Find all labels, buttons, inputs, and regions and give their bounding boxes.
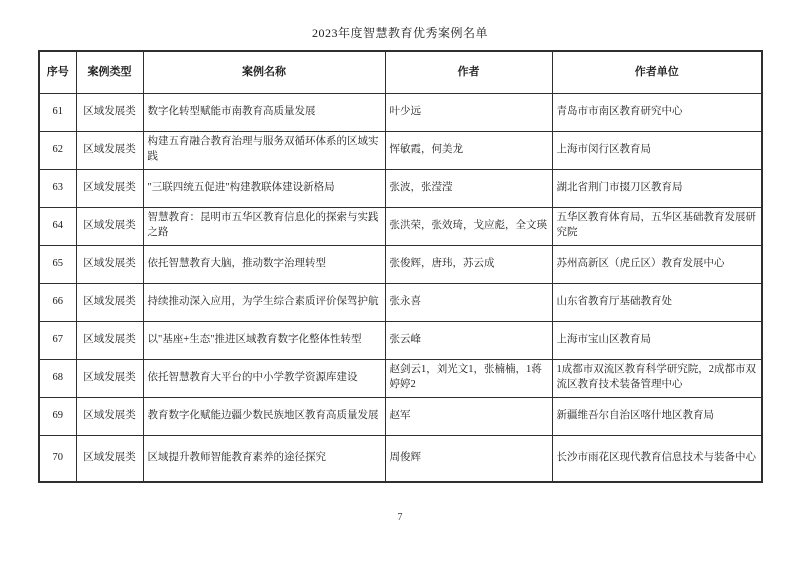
authors-cell: 张俊辉，唐玮，苏云成 xyxy=(385,245,552,283)
authors-cell: 恽敏霞，何美龙 xyxy=(385,131,552,169)
header-author-org: 作者单位 xyxy=(552,51,762,93)
case-name-cell: 区域提升教师智能教育素养的途径探究 xyxy=(143,435,385,482)
serial-number-cell: 66 xyxy=(39,283,76,321)
case-type-cell: 区域发展类 xyxy=(76,321,143,359)
case-type-cell: 区域发展类 xyxy=(76,435,143,482)
case-name-cell: 以"基座+生态"推进区域教育数字化整体性转型 xyxy=(143,321,385,359)
authors-cell: 张洪荣，张效琦，戈应彪，全文瑛 xyxy=(385,207,552,245)
author-org-cell: 湖北省荆门市掇刀区教育局 xyxy=(552,169,762,207)
table-row: 68 区域发展类 依托智慧教育大平台的中小学教学资源库建设 赵剑云1，刘光文1，… xyxy=(39,359,762,397)
case-name-cell: "三联四统五促进"构建教联体建设新格局 xyxy=(143,169,385,207)
serial-number-cell: 61 xyxy=(39,93,76,131)
document-page: 2023年度智慧教育优秀案例名单 序号 案例类型 案例名称 作者 作者单位 61… xyxy=(0,0,800,565)
author-org-cell: 青岛市市南区教育研究中心 xyxy=(552,93,762,131)
page-number: 7 xyxy=(0,512,800,523)
table-row: 65 区域发展类 依托智慧教育大脑，推动数字治理转型 张俊辉，唐玮，苏云成 苏州… xyxy=(39,245,762,283)
serial-number-cell: 63 xyxy=(39,169,76,207)
table-row: 61 区域发展类 数字化转型赋能市南教育高质量发展 叶少远 青岛市市南区教育研究… xyxy=(39,93,762,131)
authors-cell: 叶少远 xyxy=(385,93,552,131)
author-org-cell: 上海市宝山区教育局 xyxy=(552,321,762,359)
case-type-cell: 区域发展类 xyxy=(76,207,143,245)
case-type-cell: 区域发展类 xyxy=(76,283,143,321)
table-row: 63 区域发展类 "三联四统五促进"构建教联体建设新格局 张波，张滢滢 湖北省荆… xyxy=(39,169,762,207)
authors-cell: 张云峰 xyxy=(385,321,552,359)
table-row: 67 区域发展类 以"基座+生态"推进区域教育数字化整体性转型 张云峰 上海市宝… xyxy=(39,321,762,359)
author-org-cell: 长沙市雨花区现代教育信息技术与装备中心 xyxy=(552,435,762,482)
authors-cell: 赵剑云1，刘光文1，张楠楠，1蒋婷婷2 xyxy=(385,359,552,397)
author-org-cell: 上海市闵行区教育局 xyxy=(552,131,762,169)
author-org-cell: 五华区教育体育局，五华区基础教育发展研究院 xyxy=(552,207,762,245)
table-row: 66 区域发展类 持续推动深入应用，为学生综合素质评价保驾护航 张永喜 山东省教… xyxy=(39,283,762,321)
author-org-cell: 山东省教育厅基础教育处 xyxy=(552,283,762,321)
author-org-cell: 1成都市双流区教育科学研究院，2成都市双流区教育技术装备管理中心 xyxy=(552,359,762,397)
header-case-type: 案例类型 xyxy=(76,51,143,93)
serial-number-cell: 62 xyxy=(39,131,76,169)
case-type-cell: 区域发展类 xyxy=(76,169,143,207)
serial-number-cell: 68 xyxy=(39,359,76,397)
serial-number-cell: 70 xyxy=(39,435,76,482)
case-type-cell: 区域发展类 xyxy=(76,93,143,131)
case-name-cell: 持续推动深入应用，为学生综合素质评价保驾护航 xyxy=(143,283,385,321)
serial-number-cell: 67 xyxy=(39,321,76,359)
case-type-cell: 区域发展类 xyxy=(76,359,143,397)
authors-cell: 张永喜 xyxy=(385,283,552,321)
table-row: 70 区域发展类 区域提升教师智能教育素养的途径探究 周俊辉 长沙市雨花区现代教… xyxy=(39,435,762,482)
author-org-cell: 新疆维吾尔自治区喀什地区教育局 xyxy=(552,397,762,435)
authors-cell: 赵军 xyxy=(385,397,552,435)
table-row: 69 区域发展类 教育数字化赋能边疆少数民族地区教育高质量发展 赵军 新疆维吾尔… xyxy=(39,397,762,435)
authors-cell: 周俊辉 xyxy=(385,435,552,482)
case-name-cell: 数字化转型赋能市南教育高质量发展 xyxy=(143,93,385,131)
table-header-row: 序号 案例类型 案例名称 作者 作者单位 xyxy=(39,51,762,93)
header-serial-number: 序号 xyxy=(39,51,76,93)
page-title: 2023年度智慧教育优秀案例名单 xyxy=(0,24,800,41)
case-type-cell: 区域发展类 xyxy=(76,131,143,169)
case-name-cell: 依托智慧教育大脑，推动数字治理转型 xyxy=(143,245,385,283)
table-row: 62 区域发展类 构建五育融合教育治理与服务双循环体系的区域实践 恽敏霞，何美龙… xyxy=(39,131,762,169)
serial-number-cell: 65 xyxy=(39,245,76,283)
case-name-cell: 构建五育融合教育治理与服务双循环体系的区域实践 xyxy=(143,131,385,169)
header-author: 作者 xyxy=(385,51,552,93)
case-type-cell: 区域发展类 xyxy=(76,245,143,283)
case-name-cell: 智慧教育：昆明市五华区教育信息化的探索与实践之路 xyxy=(143,207,385,245)
serial-number-cell: 64 xyxy=(39,207,76,245)
case-name-cell: 依托智慧教育大平台的中小学教学资源库建设 xyxy=(143,359,385,397)
authors-cell: 张波，张滢滢 xyxy=(385,169,552,207)
table-row: 64 区域发展类 智慧教育：昆明市五华区教育信息化的探索与实践之路 张洪荣，张效… xyxy=(39,207,762,245)
author-org-cell: 苏州高新区（虎丘区）教育发展中心 xyxy=(552,245,762,283)
case-type-cell: 区域发展类 xyxy=(76,397,143,435)
case-list-table: 序号 案例类型 案例名称 作者 作者单位 61 区域发展类 数字化转型赋能市南教… xyxy=(38,50,763,483)
serial-number-cell: 69 xyxy=(39,397,76,435)
case-name-cell: 教育数字化赋能边疆少数民族地区教育高质量发展 xyxy=(143,397,385,435)
header-case-name: 案例名称 xyxy=(143,51,385,93)
